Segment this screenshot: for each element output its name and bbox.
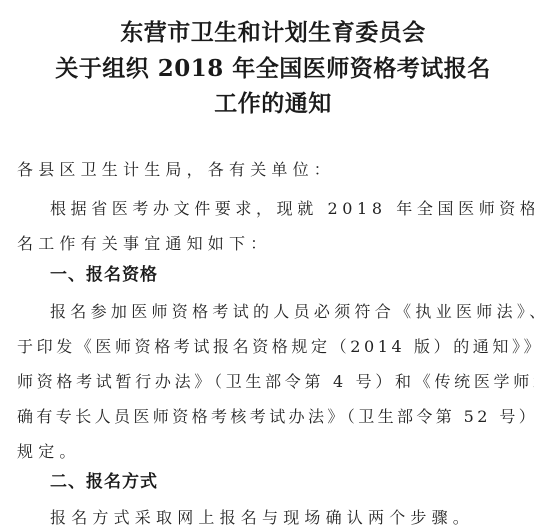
intro-line-1: 根据省医考办文件要求，现就 2018 年全国医师资格考试报 xyxy=(50,199,534,219)
section-1-line-2: 于印发《医师资格考试报名资格规定（2014 版）的通知》》、《医 xyxy=(17,337,534,357)
section-1-line-4: 确有专长人员医师资格考核考试办法》（卫生部令第 52 号）有关 xyxy=(17,407,534,427)
section-2-line-1: 报名方式采取网上报名与现场确认两个步骤。 xyxy=(50,508,474,528)
section-1-line-1: 报名参加医师资格考试的人员必须符合《执业医师法》、《关 xyxy=(50,302,534,322)
section-1-line-5: 规定。 xyxy=(17,442,81,462)
section-heading-method: 二、报名方式 xyxy=(50,472,158,492)
notice-document: 东营市卫生和计划生育委员会 关于组织 2018 年全国医师资格考试报名 工作的通… xyxy=(0,0,534,532)
intro-line-2: 名工作有关事宜通知如下： xyxy=(17,234,271,254)
salutation: 各县区卫生计生局，各有关单位： xyxy=(17,160,335,180)
title-line-2: 关于组织 2018 年全国医师资格考试报名 xyxy=(6,56,534,82)
section-1-line-3: 师资格考试暂行办法》（卫生部令第 4 号）和《传统医学师承和 xyxy=(17,372,534,392)
section-heading-qualification: 一、报名资格 xyxy=(50,265,158,285)
title-line-3: 工作的通知 xyxy=(6,91,534,117)
title-line-1: 东营市卫生和计划生育委员会 xyxy=(6,20,534,46)
